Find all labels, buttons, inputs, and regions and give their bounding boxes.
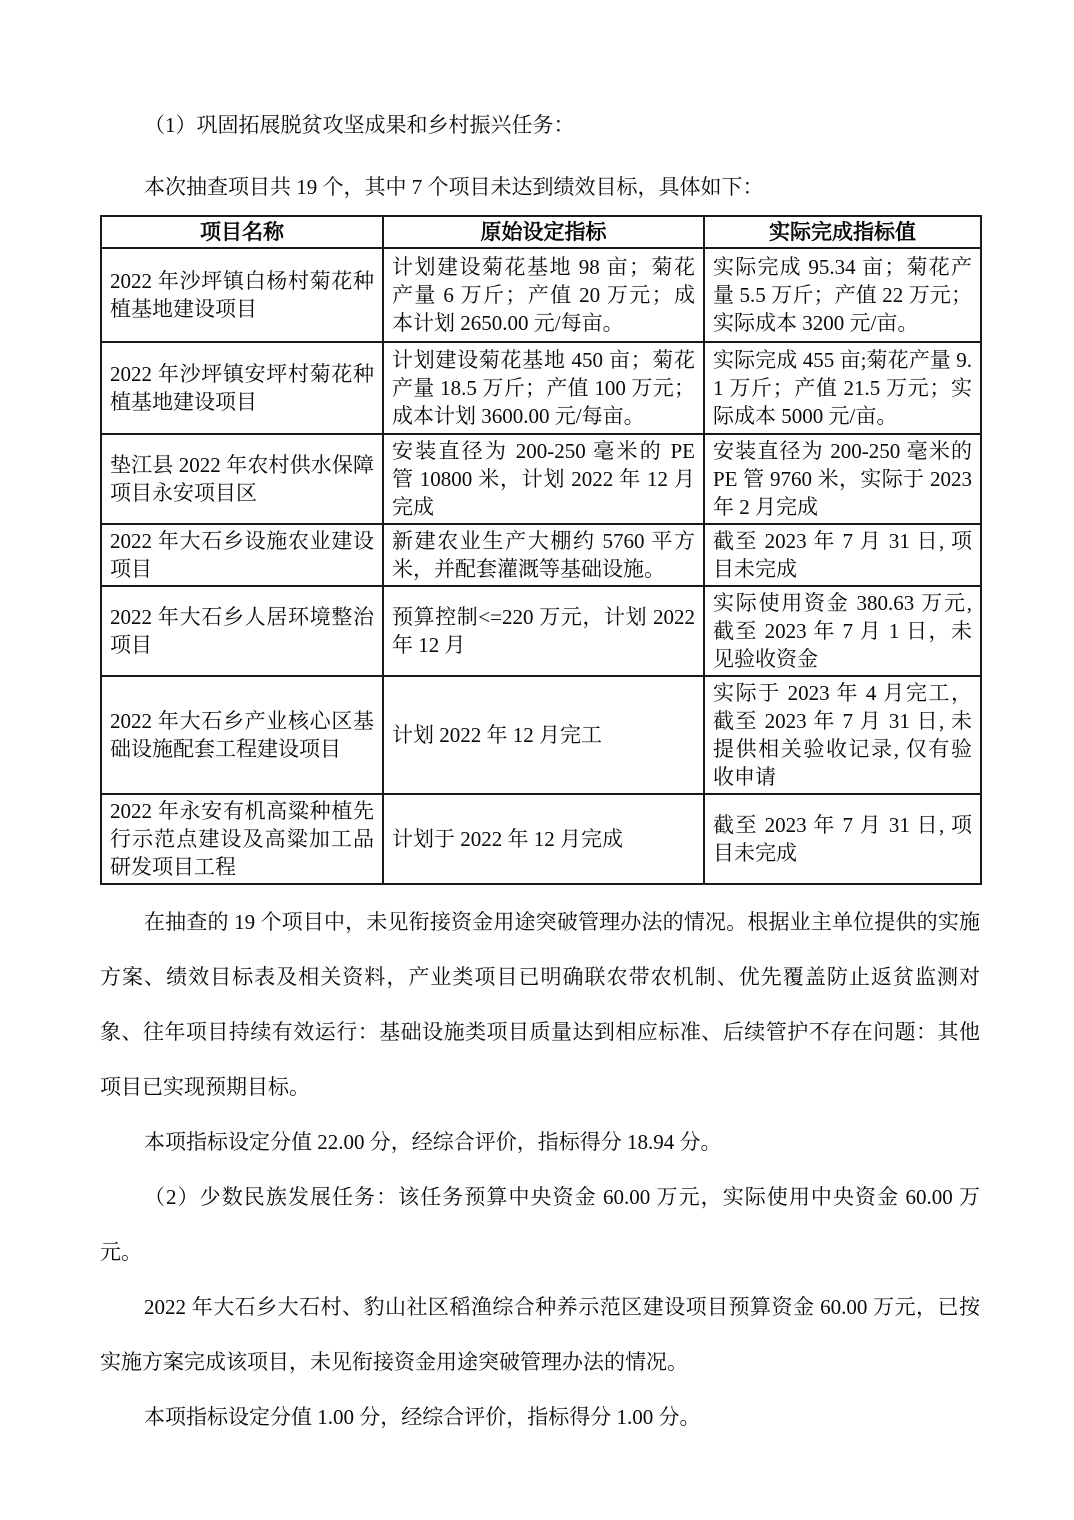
document-page: （1）巩固拓展脱贫攻坚成果和乡村振兴任务： 本次抽查项目共 19 个，其中 7 … (0, 0, 1074, 1520)
table-row: 2022 年沙坪镇白杨村菊花种植基地建设项目 计划建设菊花基地 98 亩；菊花产… (101, 248, 981, 342)
intro-paragraph: 本次抽查项目共 19 个，其中 7 个项目未达到绩效目标，具体如下： (100, 160, 980, 215)
minority-project-paragraph: 2022 年大石乡大石村、豹山社区稻渔综合种养示范区建设项目预算资金 60.00… (100, 1280, 980, 1390)
actual-result-cell: 截至 2023 年 7 月 31 日, 项目未完成 (704, 794, 981, 884)
projects-table: 项目名称 原始设定指标 实际完成指标值 2022 年沙坪镇白杨村菊花种植基地建设… (100, 215, 982, 885)
score-paragraph-2: 本项指标设定分值 1.00 分，经综合评价，指标得分 1.00 分。 (100, 1390, 980, 1445)
project-name-cell: 2022 年大石乡人居环境整治项目 (101, 586, 383, 676)
table-row: 垫江县 2022 年农村供水保障项目永安项目区 安装直径为 200-250 毫米… (101, 434, 981, 524)
original-target-cell: 预算控制<=220 万元，计划 2022 年 12 月 (383, 586, 704, 676)
project-name-cell: 2022 年大石乡产业核心区基础设施配套工程建设项目 (101, 676, 383, 794)
col-header-project-name: 项目名称 (101, 216, 383, 248)
table-row: 2022 年大石乡设施农业建设项目 新建农业生产大棚约 5760 平方米，并配套… (101, 524, 981, 586)
col-header-actual-result: 实际完成指标值 (704, 216, 981, 248)
actual-result-cell: 截至 2023 年 7 月 31 日, 项目未完成 (704, 524, 981, 586)
original-target-cell: 计划建设菊花基地 98 亩；菊花产量 6 万斤；产值 20 万元；成本计划 26… (383, 248, 704, 342)
section-heading-2: （2）少数民族发展任务：该任务预算中央资金 60.00 万元，实际使用中央资金 … (100, 1170, 980, 1280)
original-target-cell: 新建农业生产大棚约 5760 平方米，并配套灌溉等基础设施。 (383, 524, 704, 586)
table-row: 2022 年沙坪镇安坪村菊花种植基地建设项目 计划建设菊花基地 450 亩；菊花… (101, 342, 981, 434)
score-paragraph-1: 本项指标设定分值 22.00 分，经综合评价，指标得分 18.94 分。 (100, 1115, 980, 1170)
actual-result-cell: 实际于 2023 年 4 月完工，截至 2023 年 7 月 31 日, 未提供… (704, 676, 981, 794)
actual-result-cell: 实际完成 95.34 亩；菊花产量 5.5 万斤；产值 22 万元；实际成本 3… (704, 248, 981, 342)
project-name-cell: 2022 年大石乡设施农业建设项目 (101, 524, 383, 586)
original-target-cell: 计划建设菊花基地 450 亩；菊花产量 18.5 万斤；产值 100 万元；成本… (383, 342, 704, 434)
section-heading-1: （1）巩固拓展脱贫攻坚成果和乡村振兴任务： (100, 98, 980, 153)
col-header-original-target: 原始设定指标 (383, 216, 704, 248)
table-row: 2022 年大石乡人居环境整治项目 预算控制<=220 万元，计划 2022 年… (101, 586, 981, 676)
page-content: （1）巩固拓展脱贫攻坚成果和乡村振兴任务： 本次抽查项目共 19 个，其中 7 … (100, 98, 980, 1445)
original-target-cell: 计划 2022 年 12 月完工 (383, 676, 704, 794)
table-row: 2022 年大石乡产业核心区基础设施配套工程建设项目 计划 2022 年 12 … (101, 676, 981, 794)
table-header-row: 项目名称 原始设定指标 实际完成指标值 (101, 216, 981, 248)
project-name-cell: 垫江县 2022 年农村供水保障项目永安项目区 (101, 434, 383, 524)
table-row: 2022 年永安有机高粱种植先行示范点建设及高粱加工品研发项目工程 计划于 20… (101, 794, 981, 884)
actual-result-cell: 实际使用资金 380.63 万元, 截至 2023 年 7 月 1 日，未见验收… (704, 586, 981, 676)
project-name-cell: 2022 年沙坪镇安坪村菊花种植基地建设项目 (101, 342, 383, 434)
project-name-cell: 2022 年沙坪镇白杨村菊花种植基地建设项目 (101, 248, 383, 342)
original-target-cell: 安装直径为 200-250 毫米的 PE 管 10800 米，计划 2022 年… (383, 434, 704, 524)
actual-result-cell: 安装直径为 200-250 毫米的 PE 管 9760 米，实际于 2023 年… (704, 434, 981, 524)
project-name-cell: 2022 年永安有机高粱种植先行示范点建设及高粱加工品研发项目工程 (101, 794, 383, 884)
actual-result-cell: 实际完成 455 亩;菊花产量 9.1 万斤；产值 21.5 万元；实际成本 5… (704, 342, 981, 434)
original-target-cell: 计划于 2022 年 12 月完成 (383, 794, 704, 884)
summary-paragraph: 在抽查的 19 个项目中，未见衔接资金用途突破管理办法的情况。根据业主单位提供的… (100, 895, 980, 1115)
